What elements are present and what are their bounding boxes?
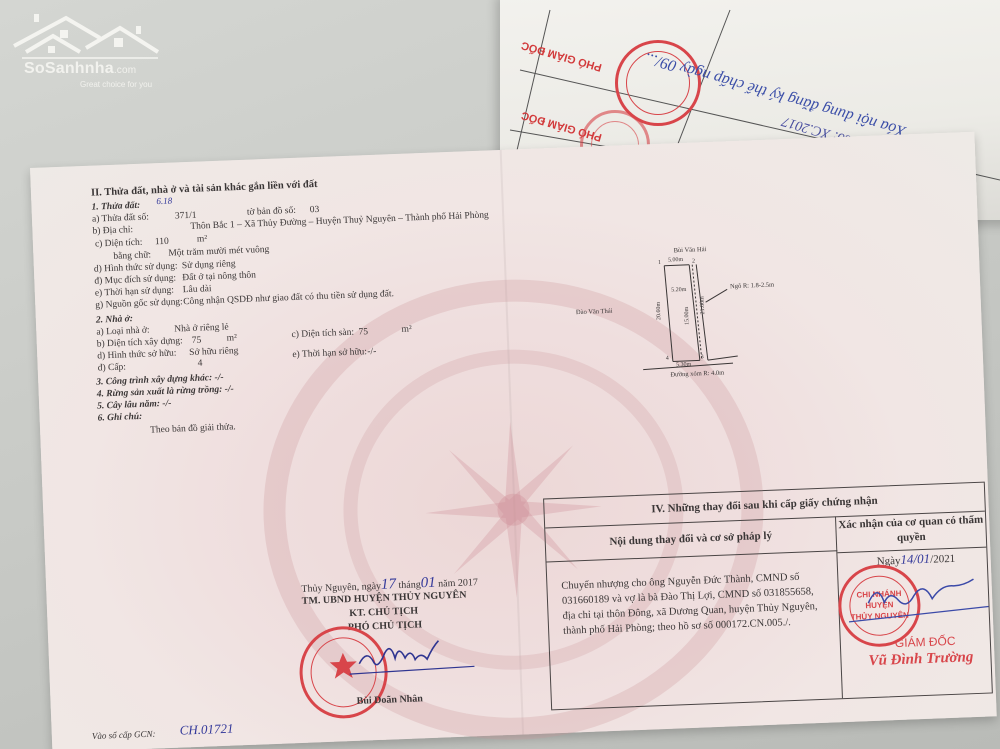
grade: 4: [197, 359, 202, 369]
watermark-logo: SoSanhnha.com Great choice for you: [8, 8, 168, 88]
house-heading: 2. Nhà ở:: [96, 314, 133, 325]
registry-no: CH.01721: [179, 721, 233, 739]
house-type-label: a) Loại nhà ở:: [96, 326, 150, 338]
floor-area-unit: m²: [401, 324, 412, 334]
director-signature: [847, 569, 989, 634]
area-unit: m²: [197, 234, 208, 244]
house-type: Nhà ở riêng lẻ: [174, 322, 229, 334]
dim-top: 5.00m: [668, 257, 683, 264]
address-label: b) Địa chỉ:: [92, 225, 133, 237]
corner-2: 2: [692, 259, 695, 265]
dim-bottom: 5.30m: [676, 362, 691, 369]
dim-inner-w: 5.20m: [671, 287, 686, 294]
ownership: Sở hữu riêng: [189, 346, 239, 358]
area-value: 110: [155, 237, 169, 248]
change-content: Chuyển nhượng cho ông Nguyễn Đức Thành, …: [561, 569, 823, 639]
corner-3: 3: [701, 354, 704, 360]
dim-inner-h: 15.00m: [684, 307, 691, 325]
built-area-unit: m²: [227, 333, 238, 343]
changes-table: IV. Những thay đổi sau khi cấp giấy chứn…: [543, 482, 993, 711]
watermark-brand: SoSanhnha.com: [24, 60, 136, 78]
parcel-no: 371/1: [175, 211, 197, 222]
floor-area: 75: [358, 327, 368, 337]
land-handwritten-mark: 6.18: [156, 196, 172, 207]
area-words-label: bằng chữ:: [113, 250, 151, 261]
west-neighbor: Đào Văn Thái: [576, 308, 613, 316]
dim-right: 21.00m: [700, 296, 707, 314]
grade-label: đ) Cấp:: [98, 362, 127, 373]
map-sheet-label: tờ bản đồ số:: [247, 206, 296, 218]
director-title: GIÁM ĐỐC: [895, 634, 956, 650]
corner-1: 1: [658, 260, 661, 266]
area-label: c) Diện tích:: [95, 238, 143, 250]
corner-4: 4: [666, 356, 669, 362]
map-sheet: 03: [310, 205, 320, 215]
use-form: Sử dụng riêng: [182, 259, 236, 271]
parcel-diagram-lines: [633, 238, 828, 385]
dim-left: 20.60m: [656, 302, 663, 320]
built-area: 75: [192, 336, 202, 346]
term: Lâu dài: [183, 284, 212, 295]
vice-chairman-signature: [348, 629, 480, 684]
north-neighbor: Bùi Văn Hải: [674, 246, 707, 254]
director-name: Vũ Đình Trường: [868, 649, 973, 670]
own-term: -/-: [367, 347, 376, 357]
house-logo-icon: [8, 8, 168, 63]
parcel-diagram: Bùi Văn Hải Đào Văn Thái Ngõ R: 1.8-2.5m…: [633, 238, 828, 385]
col-confirm-header: Xác nhận của cơ quan có thẩm quyền: [836, 511, 986, 554]
watermark-tagline: Great choice for you: [80, 80, 152, 89]
land-heading: 1. Thửa đất:: [91, 201, 140, 213]
notes-heading: 6. Ghi chú:: [97, 412, 142, 424]
land-certificate: II. Thửa đất, nhà ở và tài sản khác gắn …: [30, 132, 997, 749]
